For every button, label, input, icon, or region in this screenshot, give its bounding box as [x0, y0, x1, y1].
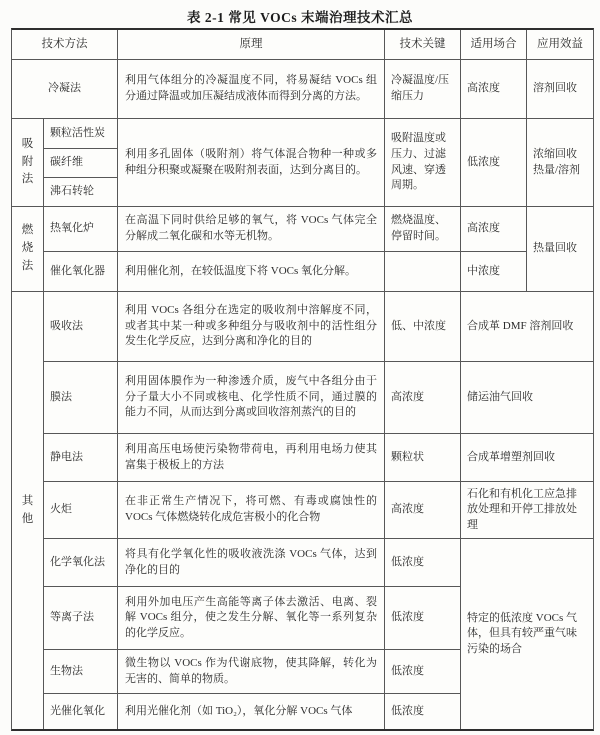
group-label-adsorption: 吸附法 — [12, 119, 44, 207]
method-granular-activated-carbon: 颗粒活性炭 — [44, 119, 118, 149]
key-photocatalytic: 低浓度 — [385, 694, 461, 729]
col-header-key: 技术关键 — [385, 30, 461, 60]
occasion-adsorption: 低浓度 — [461, 119, 527, 207]
principle-catalytic-oxidizer: 利用催化剂，在较低温度下将 VOCs 氧化分解。 — [118, 252, 385, 292]
method-flare: 火炬 — [44, 482, 118, 539]
table-title: 表 2-1 常见 VOCs 末端治理技术汇总 — [0, 6, 600, 26]
benefit-flare: 石化和有机化工应急排放处理和开停工排放处理 — [461, 482, 593, 539]
col-header-benefit: 应用效益 — [527, 30, 593, 60]
group-label-combustion-text: 燃烧法 — [21, 222, 34, 275]
benefit-adsorption: 浓缩回收热量/溶剂 — [527, 119, 593, 207]
method-biological: 生物法 — [44, 650, 118, 694]
key-electrostatic: 颗粒状 — [385, 434, 461, 482]
key-membrane: 高浓度 — [385, 362, 461, 434]
col-header-principle: 原理 — [118, 30, 385, 60]
principle-biological: 微生物以 VOCs 作为代谢底物，使其降解，转化为无害的、简单的物质。 — [118, 650, 385, 694]
occasion-condensation: 高浓度 — [461, 60, 527, 119]
key-thermal-oxidizer: 燃烧温度、停留时间。 — [385, 207, 461, 252]
col-header-occasion: 适用场合 — [461, 30, 527, 60]
method-thermal-oxidizer: 热氧化炉 — [44, 207, 118, 252]
benefit-electrostatic: 合成革增塑剂回收 — [461, 434, 593, 482]
key-adsorption: 吸附温度或压力、过滤风速、穿透周期。 — [385, 119, 461, 207]
principle-photocatalytic: 利用光催化剂（如 TiO₂），氧化分解 VOCs 气体 — [118, 694, 385, 729]
occasion-thermal-oxidizer: 高浓度 — [461, 207, 527, 252]
principle-thermal-oxidizer: 在高温下同时供给足够的氧气，将 VOCs 气体完全分解成二氧化碳和水等无机物。 — [118, 207, 385, 252]
method-plasma: 等离子法 — [44, 587, 118, 650]
principle-condensation: 利用气体组分的冷凝温度不同，将易凝结 VOCs 组分通过降温或加压凝结成液体而得… — [118, 60, 385, 119]
method-electrostatic: 静电法 — [44, 434, 118, 482]
key-plasma: 低浓度 — [385, 587, 461, 650]
method-photocatalytic: 光催化氧化 — [44, 694, 118, 729]
group-label-adsorption-text: 吸附法 — [21, 136, 34, 189]
benefit-membrane: 储运油气回收 — [461, 362, 593, 434]
key-catalytic-oxidizer — [385, 252, 461, 292]
key-condensation: 冷凝温度/压缩压力 — [385, 60, 461, 119]
key-biological: 低浓度 — [385, 650, 461, 694]
method-condensation: 冷凝法 — [12, 60, 118, 119]
key-absorption: 低、中浓度 — [385, 292, 461, 362]
principle-adsorption: 利用多孔固体（吸附剂）将气体混合物种一种或多种组分积聚或凝聚在吸附剂表面，达到分… — [118, 119, 385, 207]
key-chemical-oxidation: 低浓度 — [385, 539, 461, 587]
principle-chemical-oxidation: 将具有化学氧化性的吸收液洗涤 VOCs 气体，达到净化的目的 — [118, 539, 385, 587]
vocs-treatment-table: 技术方法 原理 技术关键 适用场合 应用效益 冷凝法 利用气体组分的冷凝温度不同… — [11, 28, 594, 731]
method-carbon-fiber: 碳纤维 — [44, 149, 118, 178]
group-label-others: 其他 — [12, 292, 44, 729]
method-absorption: 吸收法 — [44, 292, 118, 362]
group-label-others-text: 其他 — [21, 493, 34, 529]
group-label-combustion: 燃烧法 — [12, 207, 44, 292]
benefit-absorption: 合成革 DMF 溶剂回收 — [461, 292, 593, 362]
occasion-catalytic-oxidizer: 中浓度 — [461, 252, 527, 292]
method-chemical-oxidation: 化学氧化法 — [44, 539, 118, 587]
benefit-others-merged: 特定的低浓度 VOCs 气体，但具有较严重气味污染的场合 — [461, 539, 593, 729]
principle-membrane: 利用固体膜作为一种渗透介质，废气中各组分由于分子量大小不同或核电、化学性质不同，… — [118, 362, 385, 434]
col-header-method: 技术方法 — [12, 30, 118, 60]
method-membrane: 膜法 — [44, 362, 118, 434]
method-catalytic-oxidizer: 催化氧化器 — [44, 252, 118, 292]
benefit-combustion: 热量回收 — [527, 207, 593, 292]
benefit-condensation: 溶剂回收 — [527, 60, 593, 119]
principle-absorption: 利用 VOCs 各组分在选定的吸收剂中溶解度不同，或者其中某一种或多种组分与吸收… — [118, 292, 385, 362]
principle-plasma: 利用外加电压产生高能等离子体去激活、电离、裂解 VOCs 组分，使之发生分解、氧… — [118, 587, 385, 650]
principle-flare: 在非正常生产情况下，将可燃、有毒或腐蚀性的 VOCs 气体燃烧转化成危害极小的化… — [118, 482, 385, 539]
principle-electrostatic: 利用高压电场使污染物带荷电，再利用电场力使其富集于极板上的方法 — [118, 434, 385, 482]
method-zeolite-rotor: 沸石转轮 — [44, 178, 118, 207]
key-flare: 高浓度 — [385, 482, 461, 539]
